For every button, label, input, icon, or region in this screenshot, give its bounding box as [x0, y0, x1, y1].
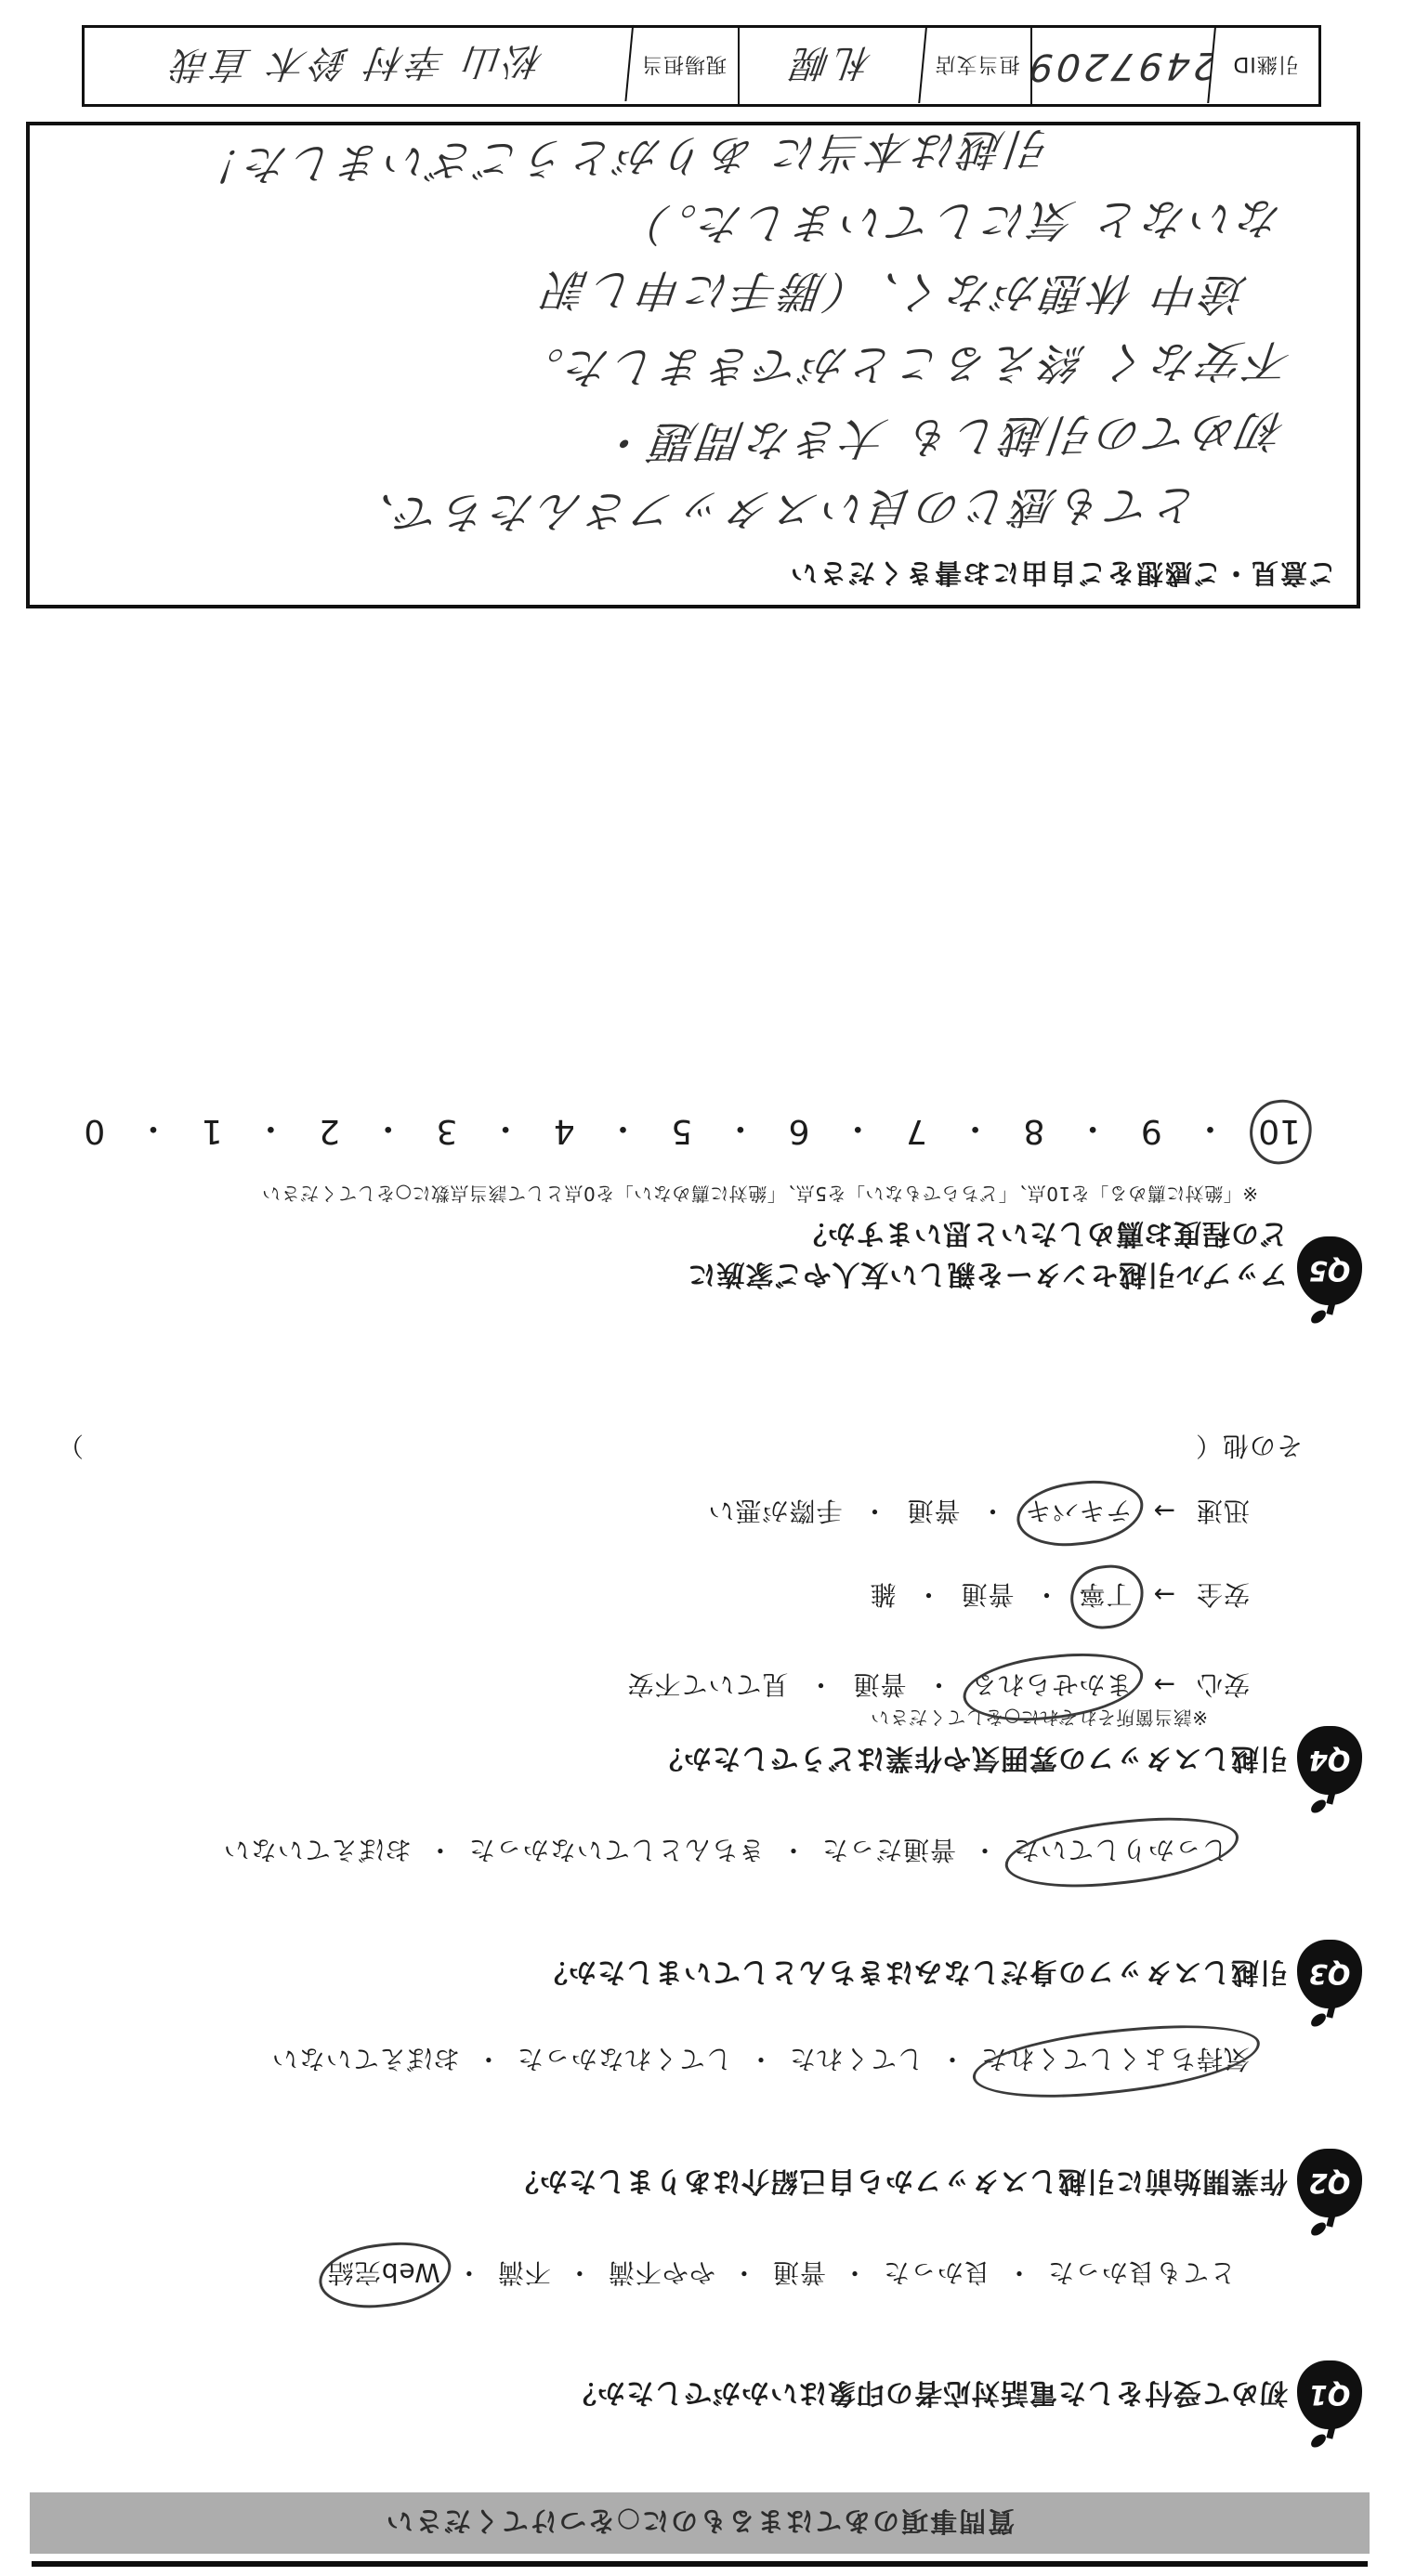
- q1-badge-apple-icon: Q1: [1297, 2360, 1362, 2429]
- q4-row-option: 普通: [906, 1496, 960, 1526]
- scale-10-circled: 10: [1258, 1112, 1301, 1150]
- scale-number: 8: [1023, 1112, 1044, 1150]
- q2-option-circled: 気持ちよくしてくれた: [980, 2042, 1250, 2079]
- dot-separator: ・: [978, 1496, 1005, 1526]
- q3-options: しっかりしていた・普通だった・きちんとしていなかった・おぼえていない: [223, 1833, 1228, 1870]
- scale-number: 9: [1141, 1112, 1162, 1150]
- arrow-icon: →: [1153, 1579, 1175, 1610]
- q3-option: 普通だった: [821, 1835, 956, 1865]
- handover-table: 引継ID 2497209 担当支店 札幌 現場担当 松山 幸村 鈴木 直哉: [82, 25, 1321, 107]
- q1-badge-label: Q1: [1309, 2379, 1351, 2411]
- q2-option: してくれた: [789, 2044, 924, 2074]
- q3-badge-label: Q3: [1309, 1958, 1351, 1990]
- handwritten-comment-line: 途中 休憩がなく、（勝手に申し訳: [539, 261, 1250, 328]
- dot-separator: ・: [566, 2257, 593, 2288]
- dot-separator: ・: [254, 1107, 287, 1155]
- q5-badge-apple-icon: Q5: [1297, 1236, 1362, 1305]
- q2-option: おぼえていない: [271, 2044, 460, 2074]
- dot-separator: ・: [1005, 2257, 1032, 2288]
- q3-option: きちんとしていなかった: [468, 1835, 765, 1865]
- q4-row-option-circled: 丁寧: [1079, 1577, 1133, 1615]
- scale-number: 5: [671, 1112, 692, 1150]
- dot-separator: ・: [1032, 1579, 1059, 1610]
- handover-id-value-handwritten: 2497209: [1029, 27, 1216, 105]
- comment-box-header: ご意見・ご感想をご自由にお書きください: [789, 556, 1336, 594]
- staff-label: 現場担当: [630, 28, 740, 104]
- dot-separator: ・: [137, 1107, 170, 1155]
- q5-badge-label: Q5: [1309, 1255, 1351, 1287]
- handwritten-comment-line: 不安なく 終えることができました。: [512, 333, 1294, 403]
- q1-option: 普通: [772, 2257, 826, 2288]
- q4-other-close-paren: ）: [57, 1429, 84, 1466]
- scale-number: 3: [436, 1112, 457, 1150]
- dot-separator: ・: [959, 1107, 992, 1155]
- dot-separator: ・: [606, 1107, 639, 1155]
- scale-number: 0: [84, 1112, 105, 1150]
- q4-row-anshin: 安心→まかせられる・普通・見ていて不安: [626, 1667, 1250, 1705]
- q3-option: おぼえていない: [223, 1835, 412, 1865]
- q4-other-label: その他（: [1195, 1431, 1303, 1461]
- q4-row-label: 安心: [1196, 1669, 1250, 1700]
- instruction-bar: 質問事項のあてはまるものに○をつけてください: [30, 2492, 1370, 2554]
- dot-separator: ・: [475, 2044, 502, 2074]
- q4-other-field: その他（: [1195, 1429, 1303, 1466]
- dot-separator: ・: [426, 1835, 453, 1865]
- q4-row-label: 安全: [1196, 1579, 1250, 1610]
- handwritten-comment-line: ないなと 気にしていました。）: [620, 190, 1286, 258]
- q4-badge-apple-icon: Q4: [1297, 1726, 1362, 1795]
- handwritten-comment-line: 引越は本当に ありがとうございました！: [193, 120, 1054, 199]
- dot-separator: ・: [971, 1835, 998, 1865]
- q2-option: してくれなかった: [517, 2044, 732, 2074]
- q2-question: 作業開始前に引越しスタッフから自己紹介はありましたか？: [510, 2164, 1288, 2204]
- q4-row-option: 雑: [869, 1579, 896, 1610]
- q1-option: とても良かった: [1047, 2257, 1236, 2288]
- q1-option: 不満: [497, 2257, 551, 2288]
- q2-badge-label: Q2: [1309, 2167, 1351, 2199]
- top-rule: [32, 2561, 1368, 2567]
- scale-number: 4: [554, 1112, 575, 1150]
- arrow-icon: →: [1153, 1496, 1175, 1526]
- q5-question-line1: アップル引越センターを親しい友人やご家族に: [688, 1257, 1289, 1298]
- q3-badge-apple-icon: Q3: [1297, 1940, 1362, 2008]
- scale-number: 6: [789, 1112, 810, 1150]
- q4-row-jinsoku: 迅速→テキパキ・普通・手際が悪い: [707, 1494, 1250, 1531]
- instruction-bar-text: 質問事項のあてはまるものに○をつけてください: [385, 2504, 1015, 2543]
- q4-question: 引越しスタッフの雰囲気や作業はどうでしたか？: [654, 1741, 1288, 1782]
- dot-separator: ・: [730, 2257, 757, 2288]
- q2-badge-apple-icon: Q2: [1297, 2149, 1362, 2217]
- branch-value-handwritten: 札幌: [736, 27, 927, 105]
- q4-row-anzen: 安全→丁寧・普通・雑: [869, 1577, 1250, 1615]
- dot-separator: ・: [489, 1107, 522, 1155]
- q1-option-circled: Web完結: [327, 2256, 440, 2293]
- q4-row-option: 普通: [960, 1579, 1014, 1610]
- scale-number: 7: [906, 1112, 927, 1150]
- handwritten-comment-line: 初めての引越しも 大きな問題・: [599, 403, 1288, 477]
- handover-id-label: 引継ID: [1213, 28, 1318, 104]
- dot-separator: ・: [841, 1107, 874, 1155]
- dot-separator: ・: [780, 1835, 806, 1865]
- q4-row-option-circled: テキパキ: [1025, 1494, 1133, 1531]
- q4-row-label: 迅速: [1196, 1496, 1250, 1526]
- dot-separator: ・: [806, 1669, 833, 1700]
- survey-sheet-upside-down: 質問事項のあてはまるものに○をつけてください Q1 初めて受付をした電話対応者の…: [0, 0, 1403, 2576]
- q5-question-line2: どの程度お薦めしたいと思いますか？: [798, 1216, 1288, 1257]
- dot-separator: ・: [372, 1107, 405, 1155]
- scanned-survey-screenshot: 質問事項のあてはまるものに○をつけてください Q1 初めて受付をした電話対応者の…: [0, 0, 1403, 2576]
- q1-option: やや不満: [608, 2257, 715, 2288]
- q1-question: 初めて受付をした電話対応者の印象はいかがでしたか？: [568, 2375, 1288, 2416]
- dot-separator: ・: [860, 1496, 887, 1526]
- dot-separator: ・: [1193, 1107, 1226, 1155]
- scale-number: 1: [202, 1112, 223, 1150]
- q4-row-option: 手際が悪い: [707, 1496, 842, 1526]
- dot-separator: ・: [1076, 1107, 1109, 1155]
- handwritten-comment-line: とても感じの良いスタッフさんたちで、: [344, 477, 1202, 548]
- q5-note: ※「絶対に薦める」を10点、「どちらでもない」を5点、「絶対に薦めない」を0点と…: [262, 1182, 1258, 1209]
- q4-row-option: 見ていて不安: [626, 1669, 788, 1700]
- q4-row-option-circled: まかせられる: [971, 1667, 1133, 1705]
- q4-badge-label: Q4: [1309, 1745, 1351, 1776]
- comment-box: ご意見・ご感想をご自由にお書きください とても感じの良いスタッフさんたちで、 初…: [26, 122, 1360, 608]
- staff-value-handwritten: 松山 幸村 鈴木 直哉: [81, 25, 634, 107]
- dot-separator: ・: [747, 2044, 774, 2074]
- q4-row-option: 普通: [852, 1669, 906, 1700]
- q3-question: 引越しスタッフの身だしなみはきちんとしていましたか？: [539, 1955, 1288, 1995]
- scale-number: 2: [319, 1112, 340, 1150]
- q2-options: 気持ちよくしてくれた・してくれた・してくれなかった・おぼえていない: [271, 2042, 1250, 2079]
- q1-option: 良かった: [883, 2257, 990, 2288]
- q1-options: とても良かった・良かった・普通・やや不満・不満・Web完結: [327, 2256, 1236, 2293]
- dot-separator: ・: [841, 2257, 868, 2288]
- arrow-icon: →: [1153, 1669, 1175, 1700]
- q3-option-circled: しっかりしていた: [1013, 1833, 1228, 1870]
- dot-separator: ・: [938, 2044, 965, 2074]
- branch-label: 担当支店: [924, 28, 1033, 104]
- dot-separator: ・: [924, 1669, 951, 1700]
- q5-nps-scale: 10・ 9・ 8・ 7・ 6・ 5・ 4・ 3・ 2・ 1・ 0: [84, 1107, 1301, 1155]
- dot-separator: ・: [455, 2257, 482, 2288]
- dot-separator: ・: [724, 1107, 757, 1155]
- dot-separator: ・: [914, 1579, 941, 1610]
